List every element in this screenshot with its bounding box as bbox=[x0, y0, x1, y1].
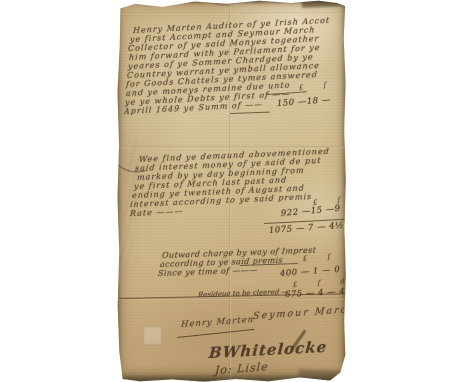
fold-crease-top bbox=[117, 12, 346, 14]
amount-interest: 922 —15 —9 bbox=[281, 204, 342, 219]
currency-column-header: £ ſ d bbox=[299, 78, 360, 92]
signature-seymour-march: Seymour March bbox=[252, 304, 356, 322]
amount-imprest: 400 — 1 — 0 bbox=[280, 265, 341, 279]
manuscript-line: Rate ——— bbox=[130, 207, 184, 218]
signature-flourish-underline bbox=[177, 329, 255, 339]
photo-background: Henry Marten Auditor of ye Irish Accot y… bbox=[0, 0, 468, 382]
signature-henry-marten: Henry Marten bbox=[181, 315, 255, 330]
manuscript-paper: Henry Marten Auditor of ye Irish Accot y… bbox=[117, 0, 346, 382]
torn-corner-top-right bbox=[302, 0, 346, 8]
ink-rule bbox=[230, 112, 270, 114]
faint-stamp-mark bbox=[143, 326, 162, 345]
paper-bottom-shadow bbox=[117, 374, 346, 382]
signature-whitelocke: BWhitelocke bbox=[208, 338, 328, 362]
